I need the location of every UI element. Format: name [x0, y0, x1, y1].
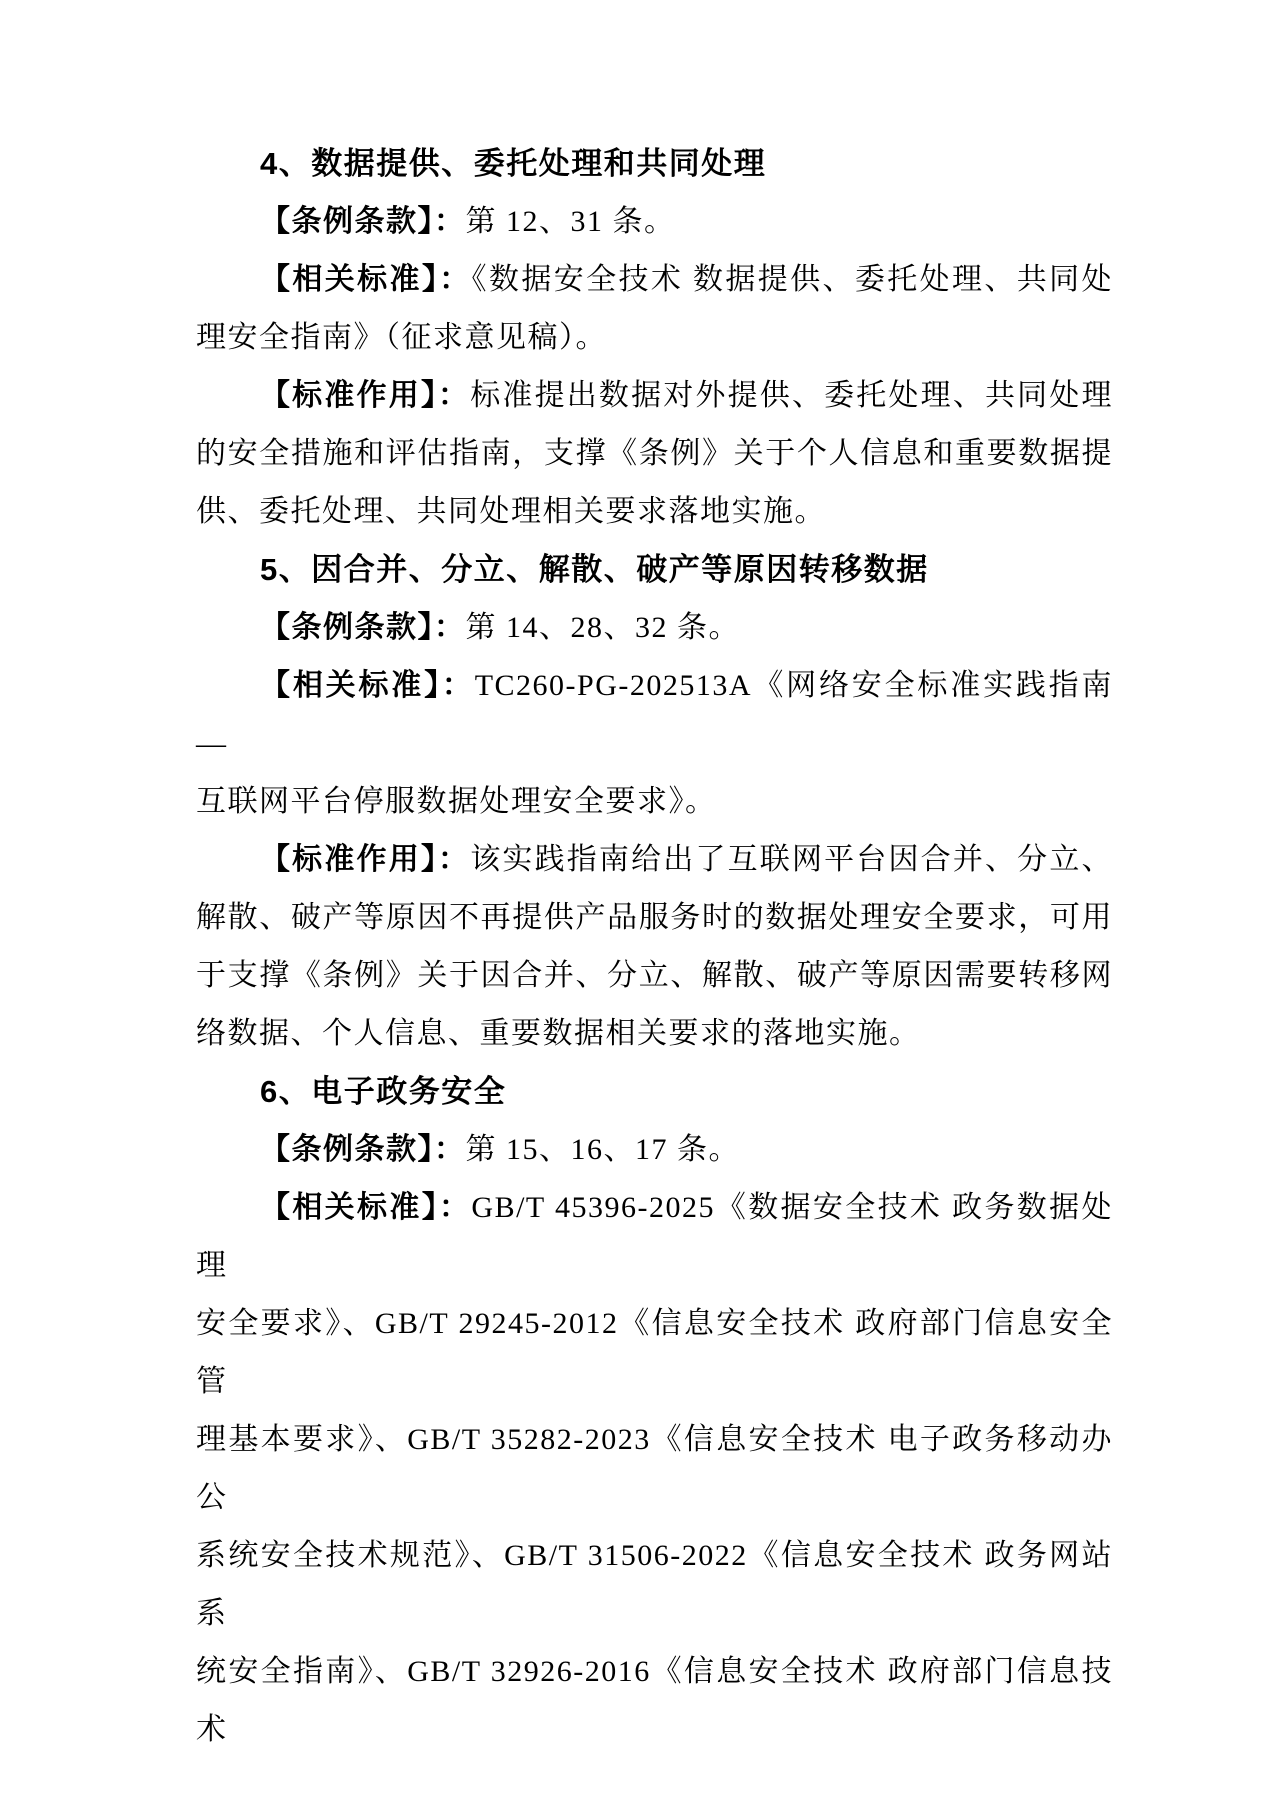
- line-text: 互联网平台停服数据处理安全要求》。: [196, 785, 717, 818]
- clause-label: 【条例条款】：: [260, 611, 466, 644]
- line-text: 理安全指南》（征求意见稿）。: [196, 321, 607, 354]
- line-text: 该实践指南给出了互联网平台因合并、分立、: [470, 843, 1113, 876]
- clause-label: 【条例条款】：: [260, 205, 466, 238]
- line-text: 理基本要求》、GB/T 35282-2023《信息安全技术 电子政务移动办公: [196, 1423, 1113, 1514]
- paragraph-line: 【相关标准】：GB/T 45396-2025《数据安全技术 政务数据处理: [196, 1179, 1113, 1295]
- line-text: 解散、破产等原因不再提供产品服务时的数据处理安全要求，可用: [196, 901, 1113, 934]
- paragraph-line: 【标准作用】：标准提出数据对外提供、委托处理、共同处理: [196, 367, 1113, 425]
- paragraph-line: 【条例条款】：第 14、28、32 条。: [196, 599, 1113, 657]
- paragraph-line: 【条例条款】：第 15、16、17 条。: [196, 1121, 1113, 1179]
- paragraph-line: 【相关标准】：《数据安全技术 数据提供、委托处理、共同处: [196, 251, 1113, 309]
- clause-label: 【条例条款】：: [260, 1133, 466, 1166]
- clause-label: 【标准作用】：: [260, 379, 470, 412]
- paragraph-line: 【相关标准】：TC260-PG-202513A《网络安全标准实践指南—: [196, 657, 1113, 773]
- line-text: 第 12、31 条。: [466, 205, 676, 238]
- section-heading: 5、因合并、分立、解散、破产等原因转移数据: [196, 541, 1113, 599]
- clause-label: 【标准作用】：: [260, 843, 470, 876]
- paragraph-line: 系统安全技术规范》、GB/T 31506-2022《信息安全技术 政务网站系: [196, 1527, 1113, 1643]
- line-text: 4、数据提供、委托处理和共同处理: [260, 146, 766, 181]
- paragraph-line: 安全要求》、GB/T 29245-2012《信息安全技术 政府部门信息安全管: [196, 1295, 1113, 1411]
- line-text: 系统安全技术规范》、GB/T 31506-2022《信息安全技术 政务网站系: [196, 1539, 1113, 1630]
- paragraph-line: 供、委托处理、共同处理相关要求落地实施。: [196, 483, 1113, 541]
- clause-label: 【相关标准】：: [260, 1191, 471, 1224]
- section-heading: 6、电子政务安全: [196, 1063, 1113, 1121]
- text-content: 4、数据提供、委托处理和共同处理【条例条款】：第 12、31 条。【相关标准】：…: [196, 135, 1113, 1759]
- line-text: 统安全指南》、GB/T 32926-2016《信息安全技术 政府部门信息技术: [196, 1655, 1113, 1746]
- paragraph-line: 的安全措施和评估指南，支撑《条例》关于个人信息和重要数据提: [196, 425, 1113, 483]
- paragraph-line: 于支撑《条例》关于因合并、分立、解散、破产等原因需要转移网: [196, 947, 1113, 1005]
- paragraph-line: 互联网平台停服数据处理安全要求》。: [196, 773, 1113, 831]
- line-text: 第 15、16、17 条。: [466, 1133, 741, 1166]
- section-heading: 4、数据提供、委托处理和共同处理: [196, 135, 1113, 193]
- line-text: 供、委托处理、共同处理相关要求落地实施。: [196, 495, 826, 528]
- paragraph-line: 络数据、个人信息、重要数据相关要求的落地实施。: [196, 1005, 1113, 1063]
- line-text: 于支撑《条例》关于因合并、分立、解散、破产等原因需要转移网: [196, 959, 1113, 992]
- clause-label: 【相关标准】：: [260, 669, 475, 702]
- line-text: 《数据安全技术 数据提供、委托处理、共同处: [472, 263, 1113, 296]
- line-text: 的安全措施和评估指南，支撑《条例》关于个人信息和重要数据提: [196, 437, 1113, 470]
- line-text: 第 14、28、32 条。: [466, 611, 741, 644]
- paragraph-line: 【条例条款】：第 12、31 条。: [196, 193, 1113, 251]
- paragraph-line: 【标准作用】：该实践指南给出了互联网平台因合并、分立、: [196, 831, 1113, 889]
- line-text: 络数据、个人信息、重要数据相关要求的落地实施。: [196, 1017, 921, 1050]
- line-text: 6、电子政务安全: [260, 1074, 506, 1109]
- paragraph-line: 理安全指南》（征求意见稿）。: [196, 309, 1113, 367]
- line-text: 标准提出数据对外提供、委托处理、共同处理: [470, 379, 1113, 412]
- paragraph-line: 解散、破产等原因不再提供产品服务时的数据处理安全要求，可用: [196, 889, 1113, 947]
- line-text: 安全要求》、GB/T 29245-2012《信息安全技术 政府部门信息安全管: [196, 1307, 1113, 1398]
- paragraph-line: 统安全指南》、GB/T 32926-2016《信息安全技术 政府部门信息技术: [196, 1643, 1113, 1759]
- clause-label: 【相关标准】：: [260, 263, 472, 296]
- paragraph-line: 理基本要求》、GB/T 35282-2023《信息安全技术 电子政务移动办公: [196, 1411, 1113, 1527]
- line-text: 5、因合并、分立、解散、破产等原因转移数据: [260, 552, 929, 587]
- document-page: 4、数据提供、委托处理和共同处理【条例条款】：第 12、31 条。【相关标准】：…: [0, 0, 1280, 1810]
